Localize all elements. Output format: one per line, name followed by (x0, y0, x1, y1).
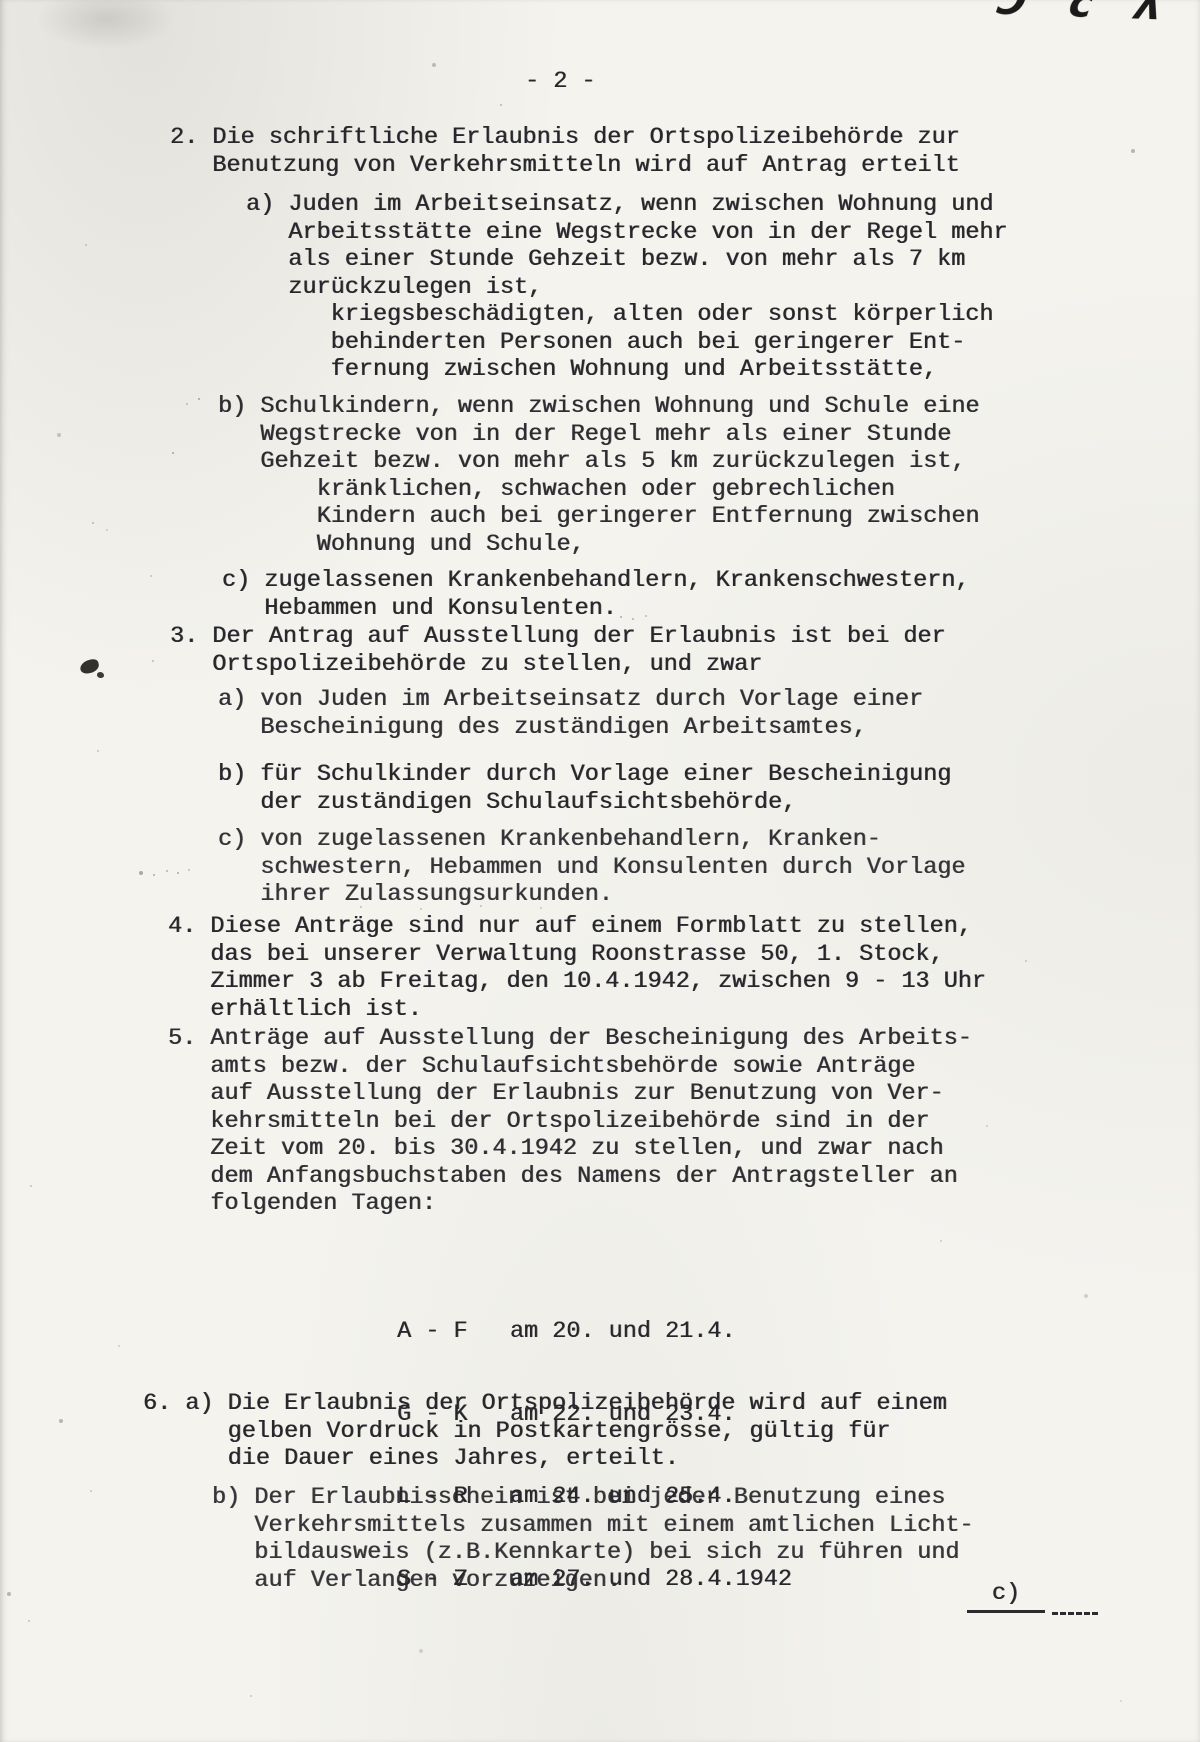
paragraph-6a: 6. a) Die Erlaubnis der Ortspolizeibehör… (143, 1390, 947, 1473)
handwritten-mark: Ɔ c ʌ (995, 0, 1177, 27)
continuation-mark-underline-dash (1052, 1596, 1098, 1615)
paragraph-2-intro: 2. Die schriftliche Erlaubnis der Ortspo… (170, 124, 960, 179)
schedule-row-a-f: A - F am 20. und 21.4. (397, 1318, 792, 1346)
page-number: - 2 - (525, 68, 596, 96)
paragraph-3c: c) von zugelassenen Krankenbehandlern, K… (218, 826, 965, 909)
scan-speckles (0, 0, 2, 2)
ink-blot-small (97, 672, 104, 678)
paragraph-2a: a) Juden im Arbeitseinsatz, wenn zwische… (246, 191, 1008, 384)
paragraph-3-intro: 3. Der Antrag auf Ausstellung der Erlaub… (170, 623, 946, 678)
paragraph-3b: b) für Schulkinder durch Vorlage einer B… (218, 761, 951, 816)
paragraph-6b: b) Der Erlaubnisschein ist bei jeder Ben… (212, 1484, 974, 1594)
paragraph-4: 4. Diese Anträge sind nur auf einem Form… (168, 913, 986, 1023)
continuation-mark: c) (967, 1580, 1045, 1613)
paragraph-5: 5. Anträge auf Ausstellung der Bescheini… (168, 1025, 972, 1218)
paragraph-3a: a) von Juden im Arbeitseinsatz durch Vor… (218, 686, 923, 741)
paragraph-2b: b) Schulkindern, wenn zwischen Wohnung u… (218, 393, 980, 558)
paragraph-2c: c) zugelassenen Krankenbehandlern, Krank… (222, 567, 969, 622)
scan-smudge (36, 0, 176, 50)
scanned-document-page: Ɔ c ʌ - 2 - 2. Die schriftliche Erlaubni… (0, 0, 1200, 1742)
